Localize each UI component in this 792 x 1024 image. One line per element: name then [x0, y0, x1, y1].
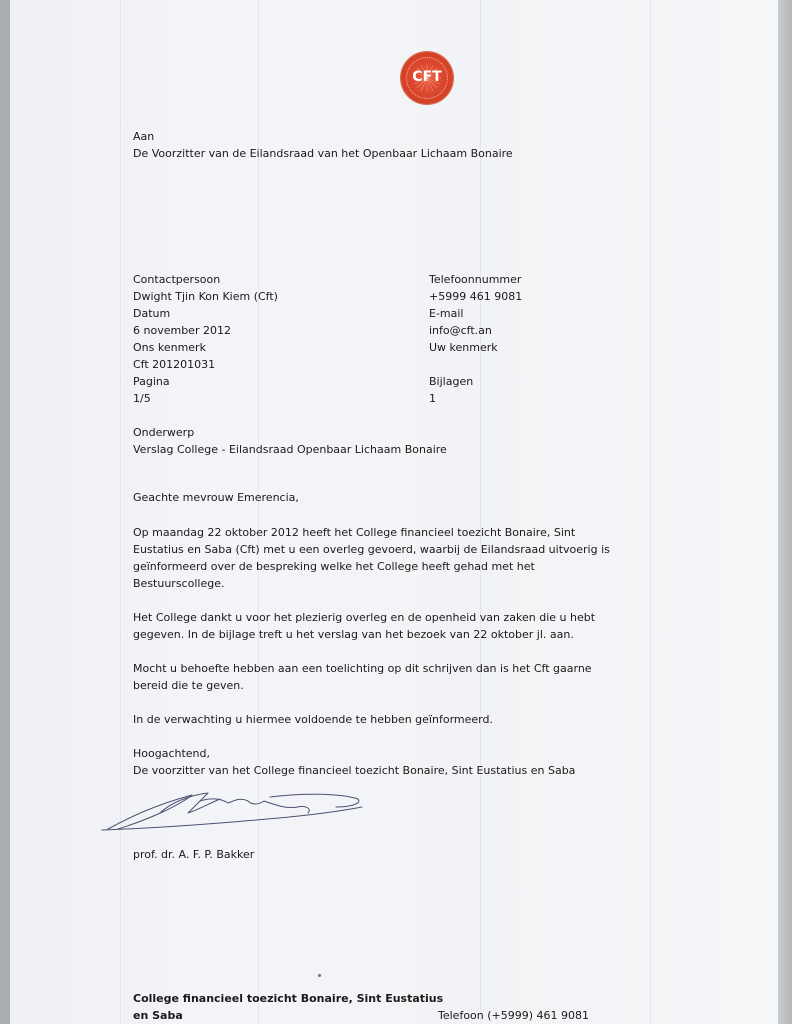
body-paragraph-4: In de verwachting u hiermee voldoende te…: [133, 711, 653, 728]
email-value[interactable]: info@cft.an: [429, 322, 492, 339]
closing-greeting: Hoogachtend,: [133, 745, 210, 762]
paragraph-line: Mocht u behoefte hebben aan een toelicht…: [133, 660, 653, 677]
footer-org-line2: en Saba: [133, 1007, 183, 1024]
paragraph-line: Het College dankt u voor het plezierig o…: [133, 609, 653, 626]
subject-value: Verslag College - Eilandsraad Openbaar L…: [133, 441, 447, 458]
contact-label: Contactpersoon: [133, 271, 220, 288]
contact-value: Dwight Tjin Kon Kiem (Cft): [133, 288, 278, 305]
attachments-label: Bijlagen: [429, 373, 473, 390]
scan-artifact: [650, 0, 651, 1024]
attachments-value: 1: [429, 390, 436, 407]
scan-edge: [778, 0, 792, 1024]
our-reference-value: Cft 201201031: [133, 356, 215, 373]
addressee-name: De Voorzitter van de Eilandsraad van het…: [133, 145, 513, 162]
paragraph-line: Eustatius en Saba (Cft) met u een overle…: [133, 541, 653, 558]
your-reference-label: Uw kenmerk: [429, 339, 498, 356]
signatory-name: prof. dr. A. F. P. Bakker: [133, 846, 254, 863]
phone-label: Telefoonnummer: [429, 271, 521, 288]
scan-artifact: [120, 0, 121, 1024]
closing-title: De voorzitter van het College financieel…: [133, 762, 575, 779]
paragraph-line: Op maandag 22 oktober 2012 heeft het Col…: [133, 524, 653, 541]
date-label: Datum: [133, 305, 170, 322]
addressee-label: Aan: [133, 128, 154, 145]
subject-label: Onderwerp: [133, 424, 194, 441]
salutation: Geachte mevrouw Emerencia,: [133, 489, 299, 506]
body-paragraph-3: Mocht u behoefte hebben aan een toelicht…: [133, 660, 653, 694]
paragraph-line: In de verwachting u hiermee voldoende te…: [133, 711, 653, 728]
cft-logo: CFT: [401, 52, 453, 104]
footer-phone: Telefoon (+5999) 461 9081: [438, 1007, 589, 1024]
paragraph-line: Bestuurscollege.: [133, 575, 653, 592]
footer-org-line1: College financieel toezicht Bonaire, Sin…: [133, 990, 443, 1007]
paragraph-line: bereid die te geven.: [133, 677, 653, 694]
page-label: Pagina: [133, 373, 170, 390]
logo-text: CFT: [401, 69, 453, 85]
body-paragraph-2: Het College dankt u voor het plezierig o…: [133, 609, 653, 643]
scan-speck: [318, 974, 321, 977]
date-value: 6 november 2012: [133, 322, 231, 339]
page-value: 1/5: [133, 390, 151, 407]
body-paragraph-1: Op maandag 22 oktober 2012 heeft het Col…: [133, 524, 653, 592]
email-label: E-mail: [429, 305, 464, 322]
paragraph-line: geïnformeerd over de bespreking welke he…: [133, 558, 653, 575]
our-reference-label: Ons kenmerk: [133, 339, 206, 356]
phone-value: +5999 461 9081: [429, 288, 522, 305]
paragraph-line: gegeven. In de bijlage treft u het versl…: [133, 626, 653, 643]
signature-image: [100, 785, 380, 845]
